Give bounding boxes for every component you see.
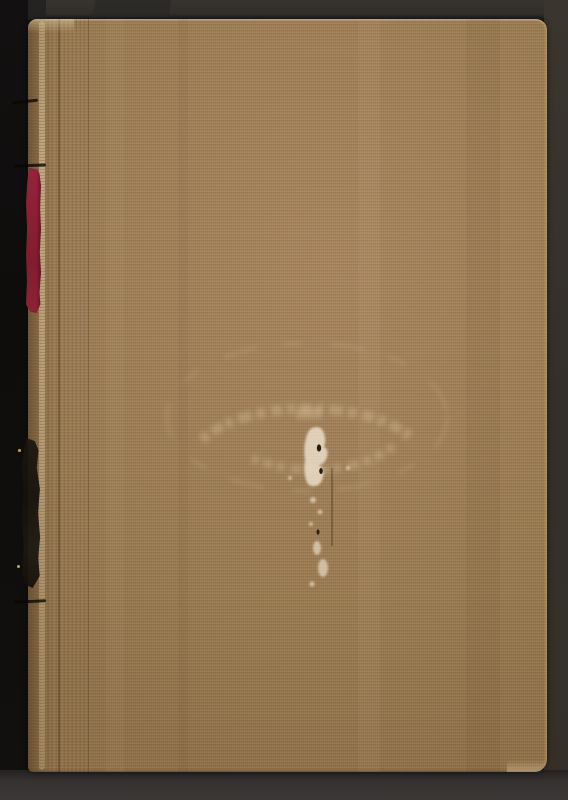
book-cover-photo [0,0,568,800]
dark-speck [317,444,321,451]
corner-wear-highlight [28,19,74,33]
cloth-streak [106,19,124,772]
white-stain [304,427,327,486]
background-top-darkstrip [28,0,46,19]
paint-speck [17,565,20,568]
dark-speck [317,529,320,534]
background-top-notch [93,0,171,17]
cloth-streak [466,19,500,772]
dark-speck [319,468,323,474]
corner-wear-highlight [507,760,547,772]
paint-speck [18,449,21,452]
background-right-band [544,0,568,800]
background-left-shadow [0,0,29,800]
background-bottom-band [0,770,568,800]
spine-edge-highlight [39,21,45,770]
stamp-center-word [296,408,322,419]
spine-red-label [26,168,41,313]
hinge-groove-line [58,19,60,772]
hinge-groove-line [88,19,89,772]
ghost-library-stamp [140,300,460,600]
book-front-cover [28,19,547,772]
